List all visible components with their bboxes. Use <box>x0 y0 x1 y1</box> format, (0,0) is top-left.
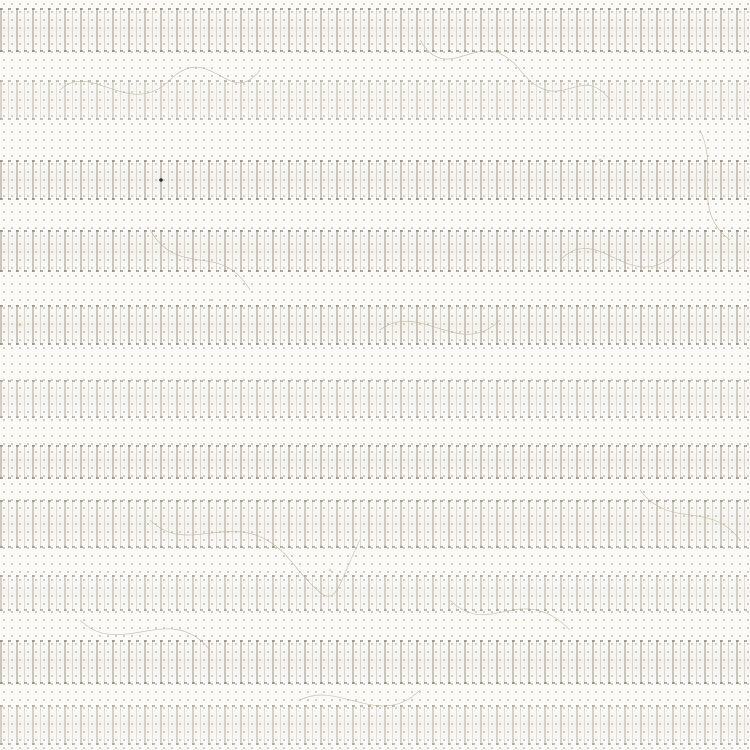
fabric-texture <box>0 0 750 750</box>
loose-fibers <box>0 0 750 750</box>
